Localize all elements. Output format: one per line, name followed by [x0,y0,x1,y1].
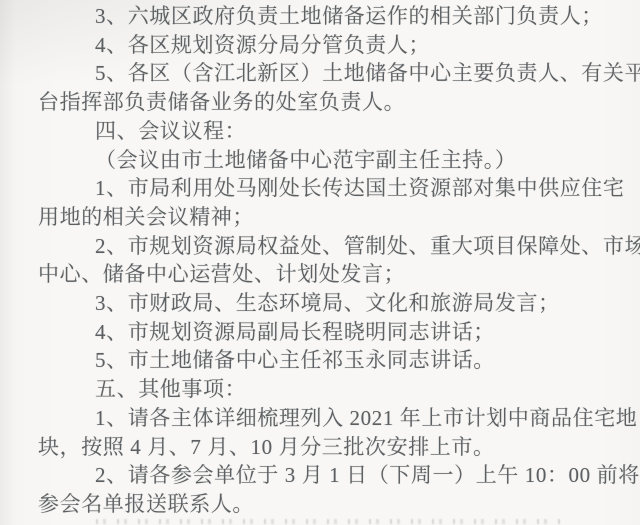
document-line: 1、请各主体详细梳理列入 2021 年上市计划中商品住宅地 [38,404,618,433]
document-line: 5、各区（含江北新区）土地储备中心主要负责人、有关平 [38,59,618,88]
document-line: 中心、储备中心运营处、计划处发言； [38,260,618,289]
document-line: 五、其他事项： [38,375,618,404]
document-line: 4、市规划资源局副局长程晓明同志讲话； [38,318,618,347]
document-line: 5、市土地储备中心主任祁玉永同志讲话。 [38,346,618,375]
document-text-block: 3、六城区政府负责土地储备运作的相关部门负责人； 4、各区规划资源分局分管负责人… [38,2,618,519]
document-line: （会议由市土地储备中心范宇副主任主持。） [38,146,618,175]
document-line: 3、市财政局、生态环境局、文化和旅游局发言； [38,289,618,318]
document-line: 4、各区规划资源分局分管负责人； [38,31,618,60]
document-line: 四、会议议程： [38,117,618,146]
document-line: 2、请各参会单位于 3 月 1 日（下周一）上午 10：00 前将 [38,461,618,490]
document-line: 1、市局利用处马刚处长传达国土资源部对集中供应住宅 [38,174,618,203]
clipped-text-line [96,519,564,524]
document-line: 块，按照 4 月、7 月、10 月分三批次安排上市。 [38,433,618,462]
document-line: 用地的相关会议精神； [38,203,618,232]
document-line: 参会名单报送联系人。 [38,490,618,519]
document-line: 2、市规划资源局权益处、管制处、重大项目保障处、市场 [38,232,618,261]
scanned-document: 3、六城区政府负责土地储备运作的相关部门负责人； 4、各区规划资源分局分管负责人… [0,0,640,525]
document-line: 3、六城区政府负责土地储备运作的相关部门负责人； [38,2,618,31]
document-line: 台指挥部负责储备业务的处室负责人。 [38,88,618,117]
